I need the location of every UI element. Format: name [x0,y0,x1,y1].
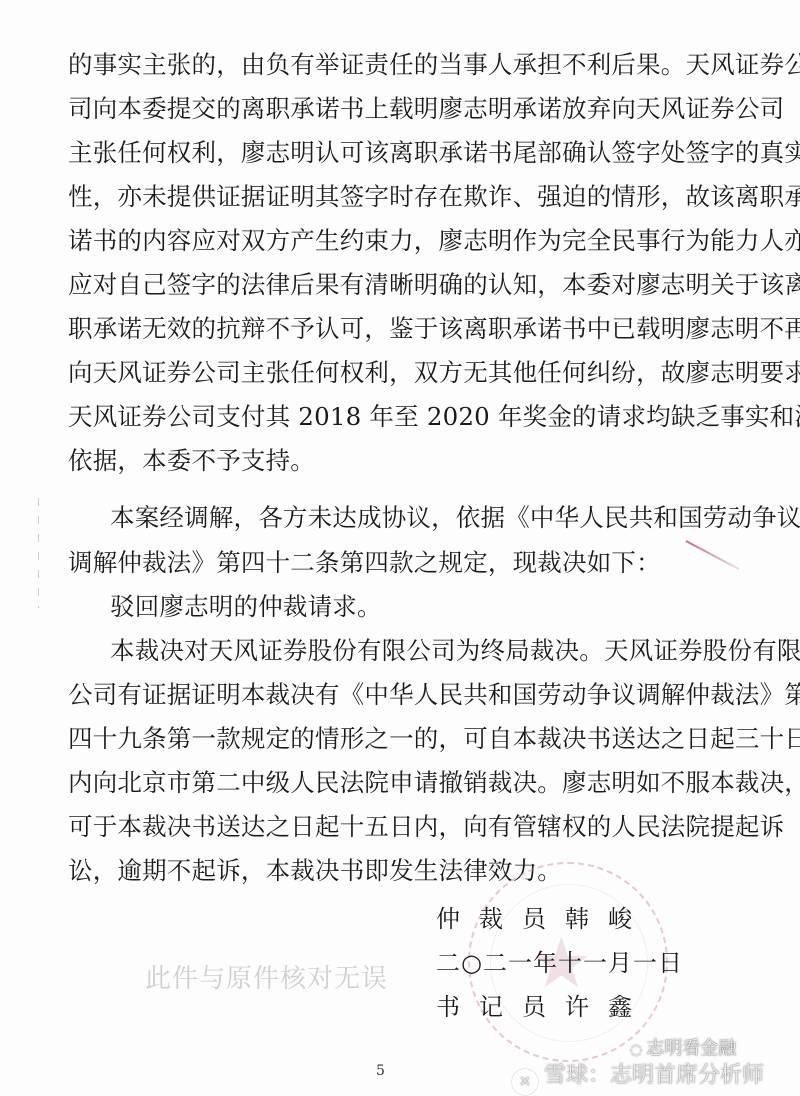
page-number: 5 [376,1063,385,1079]
text-line: 内向北京市第二中级人民法院申请撤销裁决。廖志明如不服本裁决， [68,768,696,798]
text-line: 四十九条第一款规定的情形之一的，可自本裁决书送达之日起三十日 [68,724,696,754]
wechat-watermark: ◌志明看金融 [630,1034,736,1060]
snowball-logo-icon: ✕ [512,1069,538,1095]
text-line: 应对自己签字的法律后果有清晰明确的认知，本委对廖志明关于该离 [68,270,696,300]
text-line: 司向本委提交的离职承诺书上载明廖志明承诺放弃向天风证券公司 [68,94,696,124]
text-line: 向天风证券公司主张任何权利，双方无其他任何纠纷，故廖志明要求 [68,358,696,388]
text-line: 本案经调解，各方未达成协议，依据《中华人民共和国劳动争议 [110,503,696,533]
text-line: 性，亦未提供证据证明其签字时存在欺诈、强迫的情形，故该离职承 [68,182,696,212]
text-line: 诺书的内容应对双方产生约束力，廖志明作为完全民事行为能力人亦 [68,226,696,256]
text-line: 可于本裁决书送达之日起十五日内，向有管辖权的人民法院提起诉 [68,812,696,842]
wechat-watermark-text: 志明看金融 [646,1038,736,1059]
text-line: 职承诺无效的抗辩不予认可，鉴于该离职承诺书中已载明廖志明不再 [68,314,696,344]
ruling-date: 二○二一年十一月一日 [436,948,683,978]
snowball-watermark-text: 雪球：志明首席分析师 [544,1063,764,1088]
document-page: 的事实主张的，由负有举证责任的当事人承担不利后果。天风证券公 司向本委提交的离职… [0,0,800,1096]
certified-copy-stamp: 此件与原件核对无误 [145,958,388,995]
clerk-signature: 书记员许鑫 [436,992,651,1022]
text-line: 本裁决对天风证券股份有限公司为终局裁决。天风证券股份有限 [110,636,696,666]
text-line: 天风证券公司支付其 2018 年至 2020 年奖金的请求均缺乏事实和法律 [68,402,696,432]
text-line: 依据，本委不予支持。 [68,446,696,476]
wechat-icon: ◌ [630,1042,642,1058]
text-line: 调解仲裁法》第四十二条第四款之规定，现裁决如下： [68,548,696,578]
arbitrator-signature: 仲裁员韩峻 [436,904,651,934]
text-line: 主张任何权利，廖志明认可该离职承诺书尾部确认签字处签字的真实 [68,138,696,168]
text-line: 公司有证据证明本裁决有《中华人民共和国劳动争议调解仲裁法》第 [68,680,696,710]
snowball-watermark: ✕雪球：志明首席分析师 [512,1058,764,1095]
scan-edge-mark [38,498,39,608]
text-line: 的事实主张的，由负有举证责任的当事人承担不利后果。天风证券公 [68,50,696,80]
ruling-text: 驳回廖志明的仲裁请求。 [110,592,696,622]
